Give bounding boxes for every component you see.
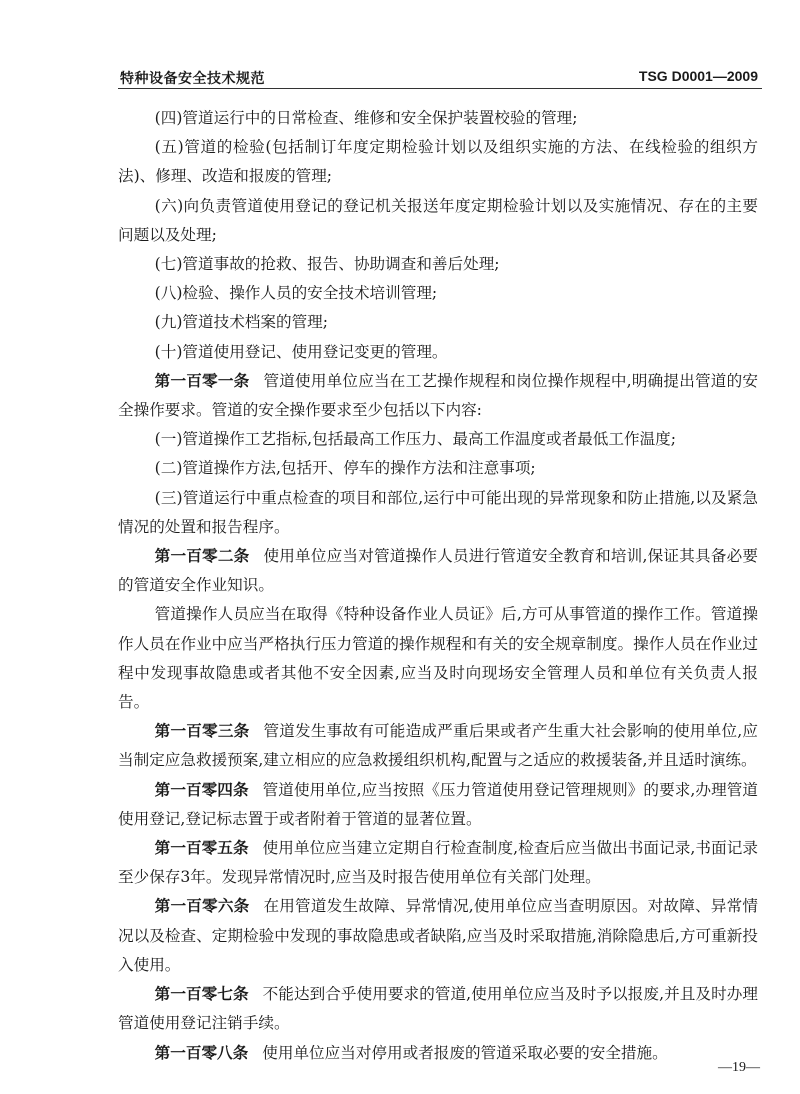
article-heading: 第一百零七条: [155, 985, 249, 1003]
article-105: 第一百零五条使用单位应当建立定期自行检查制度,检查后应当做出书面记录,书面记录至…: [118, 834, 758, 892]
header-title: 特种设备安全技术规范: [120, 68, 265, 88]
article-101: 第一百零一条管道使用单位应当在工艺操作规程和岗位操作规程中,明确提出管道的安全操…: [118, 367, 758, 425]
article-heading: 第一百零三条: [155, 722, 250, 740]
paragraph: (五)管道的检验(包括制订年度定期检验计划以及组织实施的方法、在线检验的组织方法…: [118, 133, 758, 191]
article-heading: 第一百零八条: [155, 1044, 249, 1062]
header-standard-code: TSG D0001—2009: [639, 68, 758, 84]
paragraph: 管道操作人员应当在取得《特种设备作业人员证》后,方可从事管道的操作工作。管道操作…: [118, 600, 758, 717]
page-body: (四)管道运行中的日常检查、维修和安全保护装置校验的管理; (五)管道的检验(包…: [118, 104, 758, 1068]
paragraph: (二)管道操作方法,包括开、停车的操作方法和注意事项;: [118, 454, 758, 483]
page-number: —19—: [660, 1060, 760, 1076]
article-102: 第一百零二条使用单位应当对管道操作人员进行管道安全教育和培训,保证其具备必要的管…: [118, 542, 758, 600]
article-103: 第一百零三条管道发生事故有可能造成严重后果或者产生重大社会影响的使用单位,应当制…: [118, 717, 758, 775]
article-heading: 第一百零六条: [155, 897, 250, 915]
running-header: 特种设备安全技术规范 TSG D0001—2009: [118, 68, 762, 89]
paragraph: (一)管道操作工艺指标,包括最高工作压力、最高工作温度或者最低工作温度;: [118, 425, 758, 454]
article-107: 第一百零七条不能达到合乎使用要求的管道,使用单位应当及时予以报废,并且及时办理管…: [118, 980, 758, 1038]
article-heading: 第一百零四条: [155, 781, 249, 799]
paragraph: (八)检验、操作人员的安全技术培训管理;: [118, 279, 758, 308]
article-heading: 第一百零一条: [155, 372, 250, 390]
paragraph: (九)管道技术档案的管理;: [118, 308, 758, 337]
paragraph: (七)管道事故的抢救、报告、协助调查和善后处理;: [118, 250, 758, 279]
paragraph: (三)管道运行中重点检查的项目和部位,运行中可能出现的异常现象和防止措施,以及紧…: [118, 484, 758, 542]
paragraph: (四)管道运行中的日常检查、维修和安全保护装置校验的管理;: [118, 104, 758, 133]
article-heading: 第一百零五条: [155, 839, 249, 857]
article-106: 第一百零六条在用管道发生故障、异常情况,使用单位应当查明原因。对故障、异常情况以…: [118, 892, 758, 980]
article-104: 第一百零四条管道使用单位,应当按照《压力管道使用登记管理规则》的要求,办理管道使…: [118, 776, 758, 834]
article-heading: 第一百零二条: [155, 547, 250, 565]
paragraph: (十)管道使用登记、使用登记变更的管理。: [118, 338, 758, 367]
paragraph: (六)向负责管道使用登记的登记机关报送年度定期检验计划以及实施情况、存在的主要问…: [118, 192, 758, 250]
